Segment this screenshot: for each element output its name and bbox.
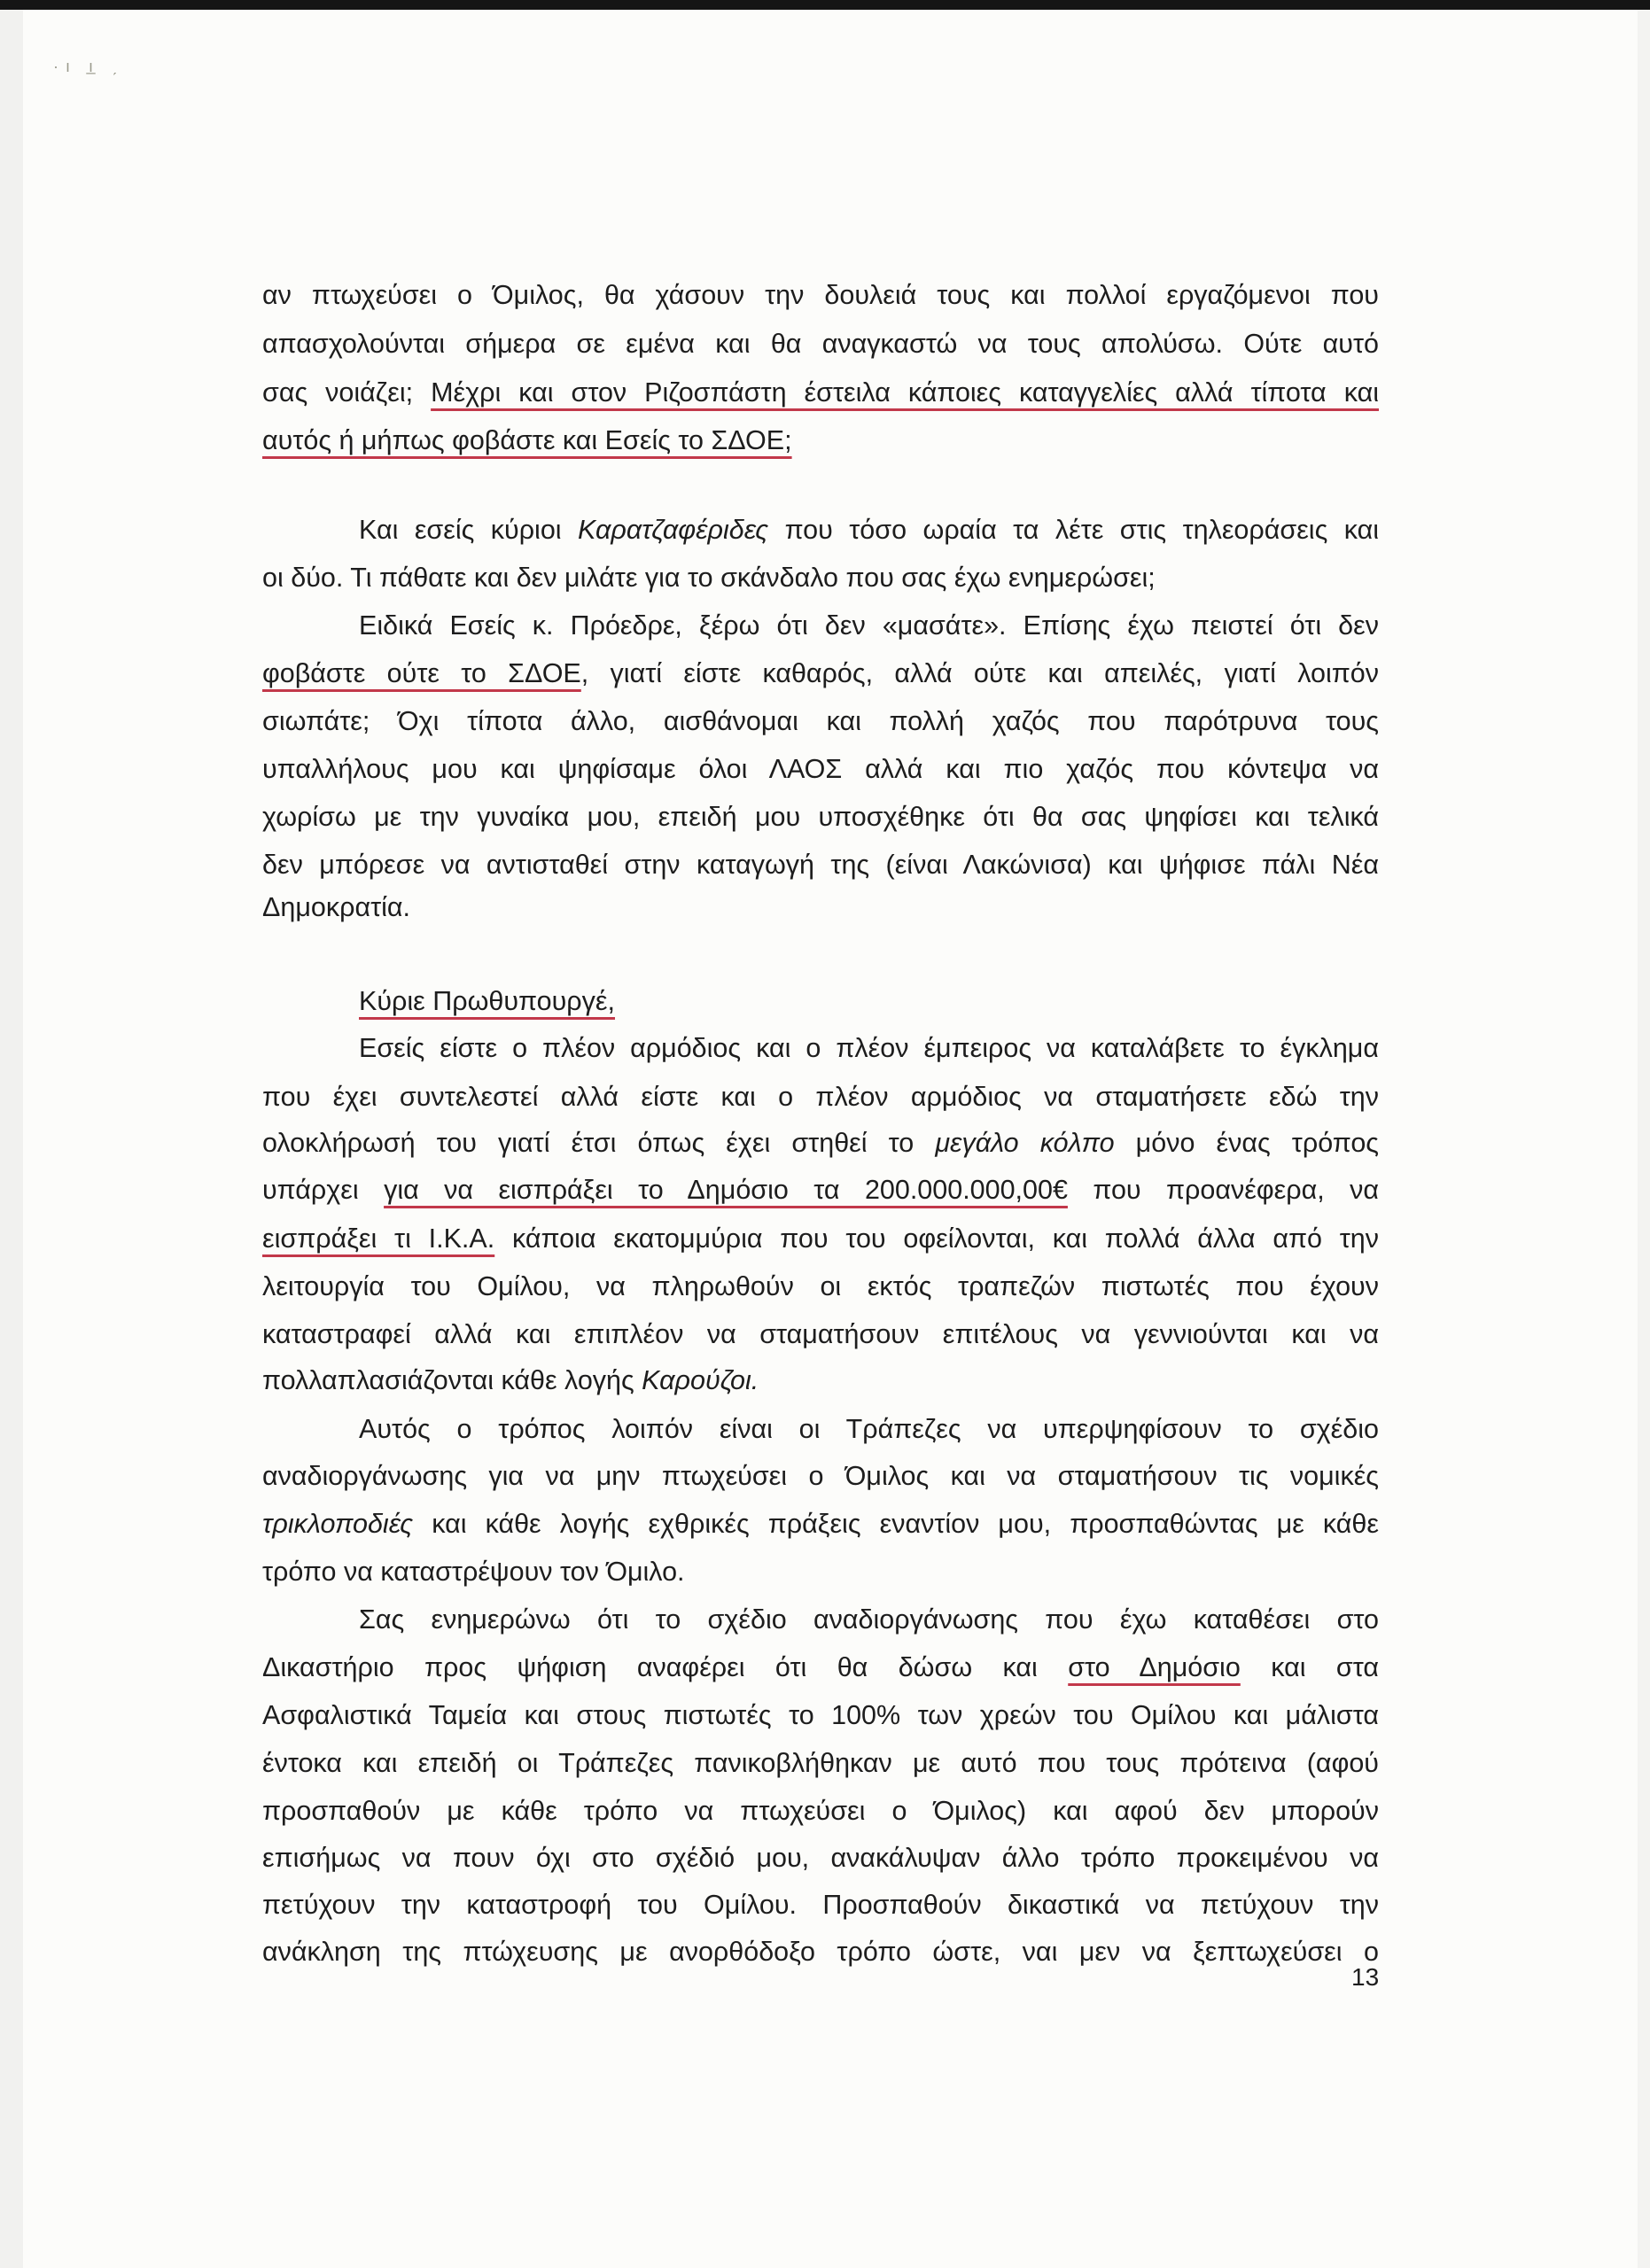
text-segment: ανάκληση της πτώχευσης με ανορθόδοξο τρό…	[262, 1937, 1379, 1967]
text-segment: , γιατί είστε καθαρός, αλλά ούτε και απε…	[581, 658, 1379, 688]
text-segment: κάποια εκατομμύρια που του οφείλονται, κ…	[494, 1223, 1379, 1254]
underlined-text: Μέχρι και στον Ριζοσπάστη έστειλα κάποιε…	[431, 377, 1379, 408]
text-line: οι δύο. Τι πάθατε και δεν μιλάτε για το …	[262, 560, 1379, 595]
italic-text: Καρούζοι.	[642, 1365, 759, 1395]
text-line: φοβάστε ούτε το ΣΔΟΕ, γιατί είστε καθαρό…	[262, 656, 1379, 691]
text-line: Ειδικά Εσείς κ. Πρόεδρε, ξέρω ότι δεν «μ…	[359, 608, 1379, 643]
text-segment: που προανέφερα, να	[1068, 1175, 1379, 1205]
text-segment: αν πτωχεύσει ο Όμιλος, θα χάσουν την δου…	[262, 280, 1379, 310]
text-line: αυτός ή μήπως φοβάστε και Εσείς το ΣΔΟΕ;	[262, 423, 1379, 458]
text-segment: προσπαθούν με κάθε τρόπο να πτωχεύσει ο …	[262, 1796, 1379, 1826]
text-line: αν πτωχεύσει ο Όμιλος, θα χάσουν την δου…	[262, 277, 1379, 313]
text-line: λειτουργία του Ομίλου, να πληρωθούν οι ε…	[262, 1269, 1379, 1304]
text-line: χωρίσω με την γυναίκα μου, επειδή μου υπ…	[262, 799, 1379, 835]
text-line: ολοκλήρωσή του γιατί έτσι όπως έχει στηθ…	[262, 1125, 1379, 1161]
text-segment: Εσείς είστε ο πλέον αρμόδιος και ο πλέον…	[359, 1033, 1379, 1063]
text-segment: οι δύο. Τι πάθατε και δεν μιλάτε για το …	[262, 563, 1156, 593]
text-segment: Και εσείς κύριοι	[359, 515, 578, 545]
text-segment: που τόσο ωραία τα λέτε στις τηλεοράσεις …	[768, 515, 1379, 545]
text-segment: Ασφαλιστικά Ταμεία και στους πιστωτές το…	[262, 1700, 1379, 1730]
text-line: Σας ενημερώνω ότι το σχέδιο αναδιοργάνωσ…	[359, 1602, 1379, 1637]
text-line: δεν μπόρεσε να αντισταθεί στην καταγωγή …	[262, 847, 1379, 882]
underlined-text: εισπράξει τι Ι.Κ.Α.	[262, 1223, 494, 1254]
text-line: τρικλοποδιές και κάθε λογής εχθρικές πρά…	[262, 1506, 1379, 1542]
text-segment: πολλαπλασιάζονται κάθε λογής	[262, 1365, 642, 1395]
text-line: πετύχουν την καταστροφή του Ομίλου. Προσ…	[262, 1887, 1379, 1922]
text-line: υπάρχει για να εισπράξει το Δημόσιο τα 2…	[262, 1172, 1379, 1208]
text-segment: σας νοιάζει;	[262, 377, 431, 408]
text-line: Και εσείς κύριοι Καρατζαφέριδες που τόσο…	[359, 512, 1379, 548]
text-line: ανάκληση της πτώχευσης με ανορθόδοξο τρό…	[262, 1934, 1379, 1969]
text-segment: Αυτός ο τρόπος λοιπόν είναι οι Τράπεζες …	[359, 1414, 1379, 1444]
text-segment: σιωπάτε; Όχι τίποτα άλλο, αισθάνομαι και…	[262, 706, 1379, 736]
scanner-border-top	[0, 0, 1650, 10]
text-segment: υπάρχει	[262, 1175, 384, 1205]
text-segment: δεν μπόρεσε να αντισταθεί στην καταγωγή …	[262, 850, 1379, 880]
text-line: που έχει συντελεστεί αλλά είστε και ο πλ…	[262, 1079, 1379, 1115]
text-line: έντοκα και επειδή οι Τράπεζες πανικοβλήθ…	[262, 1745, 1379, 1781]
text-segment: Ειδικά Εσείς κ. Πρόεδρε, ξέρω ότι δεν «μ…	[359, 610, 1379, 641]
italic-text: μεγάλο κόλπο	[935, 1128, 1114, 1158]
text-line: Δημοκρατία.	[262, 889, 1379, 925]
text-line: πολλαπλασιάζονται κάθε λογής Καρούζοι.	[262, 1363, 1379, 1398]
text-line: Δικαστήριο προς ψήφιση αναφέρει ότι θα δ…	[262, 1650, 1379, 1685]
page-number: 13	[1351, 1963, 1379, 1992]
text-segment: και στα	[1241, 1652, 1379, 1682]
underlined-text: στο Δημόσιο	[1068, 1652, 1241, 1682]
text-segment: πετύχουν την καταστροφή του Ομίλου. Προσ…	[262, 1890, 1379, 1920]
underlined-text: για να εισπράξει το Δημόσιο τα 200.000.0…	[384, 1175, 1068, 1205]
underlined-text: Κύριε Πρωθυπουργέ,	[359, 986, 615, 1016]
text-segment: και κάθε λογής εχθρικές πράξεις εναντίον…	[413, 1509, 1379, 1539]
text-line: απασχολούνται σήμερα σε εμένα και θα ανα…	[262, 326, 1379, 361]
text-segment: που έχει συντελεστεί αλλά είστε και ο πλ…	[262, 1082, 1379, 1112]
text-line: σας νοιάζει; Μέχρι και στον Ριζοσπάστη έ…	[262, 375, 1379, 410]
text-segment: λειτουργία του Ομίλου, να πληρωθούν οι ε…	[262, 1271, 1379, 1301]
text-segment: αναδιοργάνωσης για να μην πτωχεύσει ο Όμ…	[262, 1461, 1379, 1491]
scanner-border-right	[1638, 10, 1650, 2268]
text-segment: Δημοκρατία.	[262, 892, 410, 922]
text-segment: Δικαστήριο προς ψήφιση αναφέρει ότι θα δ…	[262, 1652, 1068, 1682]
underlined-text: φοβάστε ούτε το ΣΔΟΕ	[262, 658, 581, 688]
text-line: σιωπάτε; Όχι τίποτα άλλο, αισθάνομαι και…	[262, 703, 1379, 739]
text-segment: χωρίσω με την γυναίκα μου, επειδή μου υπ…	[262, 802, 1379, 832]
text-segment: ολοκλήρωσή του γιατί έτσι όπως έχει στηθ…	[262, 1128, 935, 1158]
text-line: αναδιοργάνωσης για να μην πτωχεύσει ο Όμ…	[262, 1458, 1379, 1494]
text-segment: επισήμως να πουν όχι στο σχέδιό μου, ανα…	[262, 1843, 1379, 1873]
text-segment: υπαλλήλους μου και ψηφίσαμε όλοι ΛΑΟΣ αλ…	[262, 754, 1379, 784]
text-segment: Σας ενημερώνω ότι το σχέδιο αναδιοργάνωσ…	[359, 1604, 1379, 1635]
text-segment: καταστραφεί αλλά και επιπλέον να σταματή…	[262, 1319, 1379, 1349]
text-segment: μόνο ένας τρόπος	[1115, 1128, 1379, 1158]
text-line: Αυτός ο τρόπος λοιπόν είναι οι Τράπεζες …	[359, 1411, 1379, 1447]
text-line: Ασφαλιστικά Ταμεία και στους πιστωτές το…	[262, 1697, 1379, 1733]
scanner-border-left	[0, 10, 23, 2268]
text-segment: έντοκα και επειδή οι Τράπεζες πανικοβλήθ…	[262, 1748, 1379, 1778]
text-line: επισήμως να πουν όχι στο σχέδιό μου, ανα…	[262, 1840, 1379, 1876]
text-line: Εσείς είστε ο πλέον αρμόδιος και ο πλέον…	[359, 1030, 1379, 1066]
text-segment: απασχολούνται σήμερα σε εμένα και θα ανα…	[262, 329, 1379, 359]
text-line: καταστραφεί αλλά και επιπλέον να σταματή…	[262, 1317, 1379, 1352]
text-line: εισπράξει τι Ι.Κ.Α. κάποια εκατομμύρια π…	[262, 1221, 1379, 1256]
text-segment: τρόπο να καταστρέψουν τον Όμιλο.	[262, 1557, 685, 1587]
scan-specks: ·ı ı̲ ˏ	[53, 58, 124, 76]
italic-text: Καρατζαφέριδες	[578, 515, 768, 545]
text-line: υπαλλήλους μου και ψηφίσαμε όλοι ΛΑΟΣ αλ…	[262, 751, 1379, 787]
text-line: τρόπο να καταστρέψουν τον Όμιλο.	[262, 1554, 1379, 1589]
text-line: προσπαθούν με κάθε τρόπο να πτωχεύσει ο …	[262, 1793, 1379, 1829]
text-line: Κύριε Πρωθυπουργέ,	[359, 983, 1379, 1019]
underlined-text: αυτός ή μήπως φοβάστε και Εσείς το ΣΔΟΕ;	[262, 425, 792, 455]
italic-text: τρικλοποδιές	[262, 1509, 413, 1539]
